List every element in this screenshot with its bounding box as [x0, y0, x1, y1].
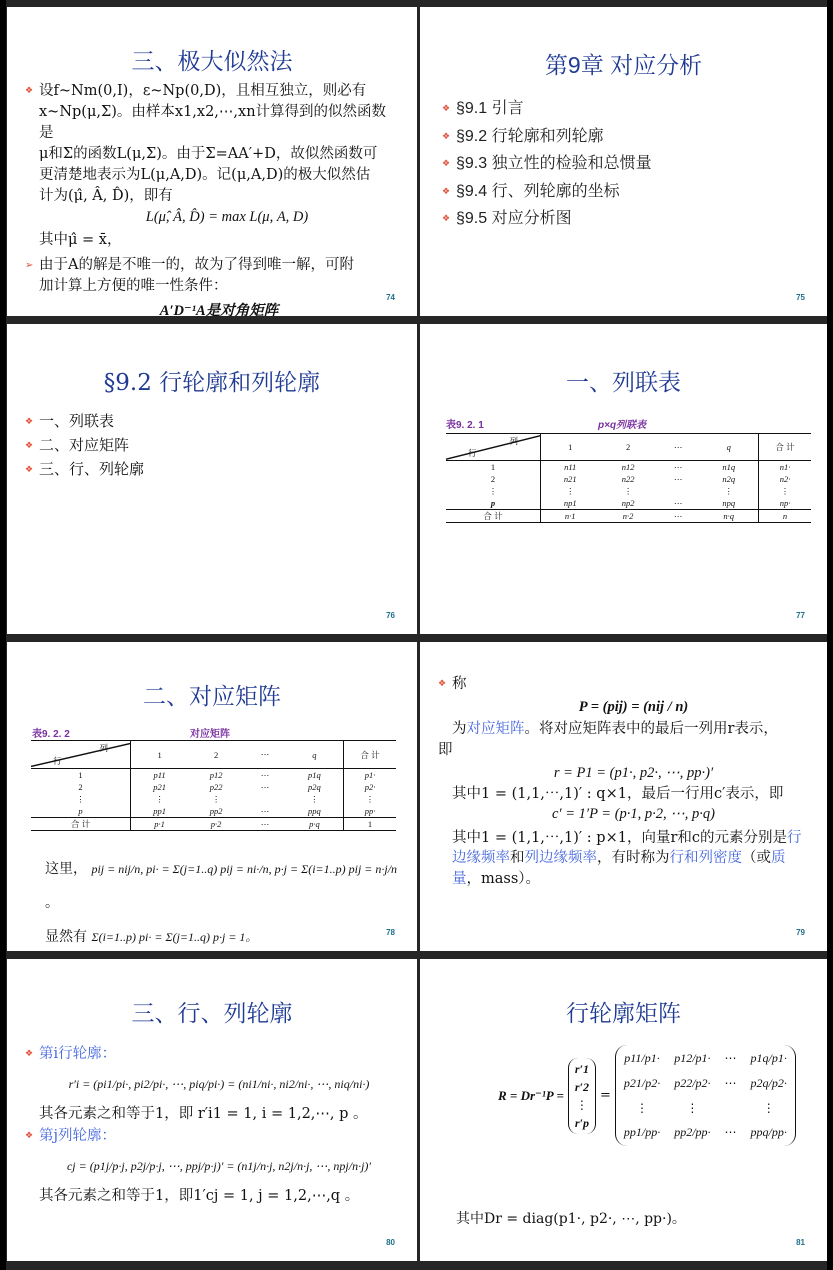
cell: npq — [699, 497, 758, 510]
bullet-paragraph: ❖设f~Nm(0,I)，ε~Np(0,D)，且相互独立，则必有 — [25, 81, 399, 102]
slide-body: 这里， pij = nij/n, pi· = Σ(j=1..q) pij = n… — [45, 852, 399, 951]
matrix-entry: p2q/p2· — [751, 1076, 787, 1091]
matrix-entry: ⋯ — [725, 1051, 737, 1066]
arrow-bullet-icon: ➢ — [25, 255, 39, 276]
cell: n1q — [699, 461, 758, 474]
text-line: 由于A的解是不唯一的，故为了得到唯一解，可附 — [39, 257, 354, 273]
text-line: 即 — [438, 740, 809, 761]
col-header: 1 — [541, 434, 600, 461]
cell-grand-total: n — [759, 510, 812, 523]
row-label: p — [31, 805, 131, 818]
cell: ⋯ — [244, 818, 286, 831]
row-label: 2 — [446, 473, 541, 485]
cell: ⋯ — [657, 473, 700, 485]
obvious-line: 显然有 Σ(i=1..p) pi· = Σ(j=1..q) p·j = 1。 — [45, 920, 399, 951]
formula-lhs: R = Dr⁻¹P = — [498, 1088, 564, 1104]
cell: n12 — [599, 461, 656, 474]
section-item-label: 二、对应矩阵 — [39, 436, 129, 454]
cell: p·1 — [131, 818, 189, 831]
text-label: 第i行轮廓： — [39, 1046, 116, 1062]
cell: n2q — [699, 473, 758, 485]
slide-grid: 三、极大似然法 ❖设f~Nm(0,I)，ε~Np(0,D)，且相互独立，则必有 … — [6, 0, 827, 1270]
col-header-total: 合 计 — [344, 741, 397, 769]
where-line: 其中Dr = diag(p1·, p2·, ⋯, pp·)。 — [456, 1209, 809, 1230]
row-label-total: 合 计 — [31, 818, 131, 831]
contingency-table: 列 行 1 2 ⋯ q 合 计 1 n11 n12 ⋯ n1q n1· 2 n2… — [446, 433, 811, 523]
text-punct: 。 — [45, 895, 59, 911]
text-paragraph: 其中1 = (1,1,⋯,1)′ : p×1，向量r和c的元素分别是行边缘频率和… — [438, 828, 809, 890]
cell: ⋯ — [244, 769, 286, 782]
slide-77[interactable]: 一、列联表 表9. 2. 1 p×q列联表 列 行 1 2 ⋯ q 合 计 1 … — [420, 324, 827, 634]
cell: p12 — [188, 769, 244, 782]
cell: np1 — [541, 497, 600, 510]
text-span: 其中1 = (1,1,⋯,1)′ : p×1，向量r和c的元素分别是 — [452, 830, 787, 846]
formula-likelihood: L(μ̂, Â, D̂) = max L(μ, A, D) — [25, 207, 399, 228]
toc-item-9-1[interactable]: ❖§9.1 引言 — [442, 95, 809, 123]
toc-list: ❖§9.1 引言 ❖§9.2 行轮廓和列轮廓 ❖§9.3 独立性的检验和总惯量 … — [442, 95, 809, 233]
text-line: 设f~Nm(0,I)，ε~Np(0,D)，且相互独立，则必有 — [39, 83, 366, 99]
cell-total: np· — [759, 497, 812, 510]
table-total-row: 合 计 p·1 p·2 ⋯ p·q 1 — [31, 818, 396, 831]
toc-item-9-4[interactable]: ❖§9.4 行、列轮廓的坐标 — [442, 178, 809, 206]
toc-item-9-2[interactable]: ❖§9.2 行轮廓和列轮廓 — [442, 123, 809, 151]
corner-row-label: 行 — [53, 755, 62, 767]
text-line: 称 — [452, 676, 467, 692]
page-number: 77 — [796, 611, 805, 620]
table-title: 对应矩阵 — [190, 725, 230, 740]
page-number: 81 — [796, 1238, 805, 1247]
cell: p·2 — [188, 818, 244, 831]
text-span: （或 — [742, 850, 771, 866]
cell-grand-total: 1 — [344, 818, 397, 831]
table-total-row: 合 计 n·1 n·2 ⋯ n·q n — [446, 510, 811, 523]
cell-total: n2· — [759, 473, 812, 485]
cell — [244, 793, 286, 805]
section-list: ❖一、列联表 ❖二、对应矩阵 ❖三、行、列轮廓 — [25, 410, 399, 482]
toc-item-label: §9.5 对应分析图 — [456, 210, 572, 227]
matrix-entry: ⋯ — [725, 1125, 737, 1140]
text-line: 计为(μ̂, Â, D̂)，即有 — [25, 186, 399, 207]
term-correspondence-matrix: 对应矩阵 — [467, 721, 525, 737]
formula-r: r = P1 = (p1·, p2·, ⋯, pp·)′ — [458, 763, 809, 784]
table-row: 2 p21 p22 ⋯ p2q p2· — [31, 781, 396, 793]
toc-item-label: §9.3 独立性的检验和总惯量 — [456, 155, 652, 172]
matrix-entry: ⋮ — [674, 1101, 710, 1115]
text-span: ，mass）。 — [467, 871, 541, 887]
cell: n21 — [541, 473, 600, 485]
text-line: 其中1 = (1,1,⋯,1)′ : q×1，最后一行用c′表示，即 — [438, 784, 809, 805]
cell: p·q — [286, 818, 344, 831]
cell: ⋯ — [244, 805, 286, 818]
text-line: x~Np(μ,Σ)。由样本x1,x2,⋯,xn计算得到的似然函数是 — [25, 102, 399, 144]
diamond-bullet-icon: ❖ — [438, 674, 452, 695]
cell: ⋯ — [244, 781, 286, 793]
slide-81[interactable]: 行轮廓矩阵 R = Dr⁻¹P = r′1 r′2 ⋮ r′p = p11/p1… — [420, 959, 827, 1261]
here-line: 这里， pij = nij/n, pi· = Σ(j=1..q) pij = n… — [45, 852, 399, 920]
row-label: p — [446, 497, 541, 510]
cell: ⋯ — [657, 461, 700, 474]
table-row: 2 n21 n22 ⋯ n2q n2· — [446, 473, 811, 485]
toc-item-9-5[interactable]: ❖§9.5 对应分析图 — [442, 205, 809, 233]
text-line: 为对应矩阵。将对应矩阵表中的最后一列用r表示， — [438, 719, 809, 740]
cell: ⋮ — [541, 485, 600, 497]
slide-title: 第9章 对应分析 — [420, 47, 827, 80]
page-number: 78 — [386, 928, 395, 937]
row-label: ⋮ — [31, 793, 131, 805]
profile-matrix: p11/p1· p12/p1· ⋯ p1q/p1· p21/p2· p22/p2… — [615, 1045, 796, 1146]
cell-total: ⋮ — [759, 485, 812, 497]
cell: p11 — [131, 769, 189, 782]
row-profile-matrix-equation: R = Dr⁻¹P = r′1 r′2 ⋮ r′p = p11/p1· p12/… — [498, 1045, 796, 1146]
vector-entry: r′p — [575, 1114, 589, 1132]
cell: n·1 — [541, 510, 600, 523]
formula-P: P = (pij) = (nij / n) — [458, 697, 809, 718]
matrix-entry: ⋯ — [725, 1076, 737, 1091]
cell: p22 — [188, 781, 244, 793]
diamond-bullet-icon: ❖ — [25, 411, 39, 434]
formula-sum-one: Σ(i=1..p) pi· = Σ(j=1..q) p·j = 1。 — [91, 930, 257, 944]
cell-total: p1· — [344, 769, 397, 782]
matrix-entry: ⋮ — [751, 1101, 787, 1115]
bullet-paragraph: ❖称 — [438, 674, 809, 695]
cell: n11 — [541, 461, 600, 474]
page-number: 80 — [386, 1238, 395, 1247]
text-label: 显然有 — [45, 929, 87, 945]
toc-item-9-3[interactable]: ❖§9.3 独立性的检验和总惯量 — [442, 150, 809, 178]
text-line: 加计算上方便的唯一性条件： — [25, 276, 399, 297]
cell: p21 — [131, 781, 189, 793]
text-label: 这里， — [45, 861, 87, 877]
page-number: 79 — [796, 928, 805, 937]
toc-item-label: §9.1 引言 — [456, 100, 524, 117]
corner-col-label: 列 — [99, 742, 108, 754]
diamond-bullet-icon: ❖ — [25, 435, 39, 458]
diamond-bullet-icon: ❖ — [442, 205, 456, 232]
cell-total: pp· — [344, 805, 397, 818]
cell: ⋮ — [599, 485, 656, 497]
slide-body: ❖设f~Nm(0,I)，ε~Np(0,D)，且相互独立，则必有 x~Np(μ,Σ… — [25, 81, 399, 316]
formula-marginals: pij = nij/n, pi· = Σ(j=1..q) pij = ni·/n… — [91, 862, 397, 876]
page-number: 74 — [386, 293, 395, 302]
slide-78[interactable]: 二、对应矩阵 表9. 2. 2 对应矩阵 列 行 1 2 ⋯ q 合 计 1 p… — [7, 642, 417, 951]
row-label: 1 — [31, 769, 131, 782]
page-number: 76 — [386, 611, 395, 620]
col-header: q — [286, 741, 344, 769]
formula-row-profile: r′i = (pi1/pi·, pi2/pi·, ⋯, piq/pi·) = (… — [39, 1073, 399, 1095]
row-label: 1 — [446, 461, 541, 474]
profile-vector: r′1 r′2 ⋮ r′p — [568, 1058, 596, 1134]
slide-79[interactable]: ❖称 P = (pij) = (nij / n) 为对应矩阵。将对应矩阵表中的最… — [420, 642, 827, 951]
slide-title: 三、行、列轮廓 — [7, 995, 417, 1028]
diamond-bullet-icon: ❖ — [442, 150, 456, 177]
section-item-profiles[interactable]: ❖三、行、列轮廓 — [25, 458, 399, 482]
matrix-entry: pp2/pp· — [674, 1125, 710, 1140]
col-header: ⋯ — [657, 434, 700, 461]
cell-total: ⋮ — [344, 793, 397, 805]
cell: n·2 — [599, 510, 656, 523]
formula-diagonal: A′D⁻¹A是对角矩阵 — [25, 301, 399, 316]
row-label-total: 合 计 — [446, 510, 541, 523]
matrix-entry: ⋮ — [624, 1101, 660, 1115]
diamond-bullet-icon: ❖ — [25, 81, 39, 102]
diamond-bullet-icon: ❖ — [442, 178, 456, 205]
col-header: 2 — [188, 741, 244, 769]
matrix-entry — [725, 1101, 737, 1115]
toc-item-label: §9.2 行轮廓和列轮廓 — [456, 128, 604, 145]
vector-entry: r′1 — [575, 1060, 589, 1078]
table-label: 表9. 2. 2 — [32, 725, 70, 740]
row-label: 2 — [31, 781, 131, 793]
diamond-bullet-icon: ❖ — [442, 123, 456, 150]
row-label: ⋮ — [446, 485, 541, 497]
section-item-label: 一、列联表 — [39, 412, 114, 430]
term-col-marginal: 列边缘频率 — [525, 850, 598, 866]
table-row: ⋮ ⋮ ⋮ ⋮ ⋮ — [446, 485, 811, 497]
cell: ⋮ — [699, 485, 758, 497]
corner-col-label: 列 — [509, 435, 518, 447]
cell: p1q — [286, 769, 344, 782]
arrow-paragraph: ➢由于A的解是不唯一的，故为了得到唯一解，可附 — [25, 255, 399, 276]
matrix-entry: p1q/p1· — [751, 1051, 787, 1066]
text-span: ，有时称为 — [597, 850, 670, 866]
slide-body: ❖第i行轮廓： r′i = (pi1/pi·, pi2/pi·, ⋯, piq/… — [25, 1043, 399, 1207]
row-profile-heading: ❖第i行轮廓： — [25, 1043, 399, 1065]
text-label: 第j列轮廓： — [39, 1128, 116, 1144]
corner-cell: 列 行 — [31, 741, 131, 769]
text-line: 更清楚地表示为L(μ,A,D)。记(μ,A,D)的极大似然估 — [25, 165, 399, 186]
diamond-bullet-icon: ❖ — [25, 1043, 39, 1065]
col-header: 1 — [131, 741, 189, 769]
vector-entry: r′2 — [575, 1078, 589, 1096]
section-item-label: 三、行、列轮廓 — [39, 460, 144, 478]
slide-80[interactable]: 三、行、列轮廓 ❖第i行轮廓： r′i = (pi1/pi·, pi2/pi·,… — [7, 959, 417, 1261]
table-row: 1 p11 p12 ⋯ p1q p1· — [31, 769, 396, 782]
cell — [657, 485, 700, 497]
text-line: 其中μ̂ = x̄， — [25, 230, 399, 251]
matrix-entry: p12/p1· — [674, 1051, 710, 1066]
slide-title: 二、对应矩阵 — [7, 678, 417, 711]
diamond-bullet-icon: ❖ — [25, 459, 39, 482]
slide-body: ❖称 P = (pij) = (nij / n) 为对应矩阵。将对应矩阵表中的最… — [438, 674, 809, 889]
slide-title: 三、极大似然法 — [7, 43, 417, 76]
cell: n·q — [699, 510, 758, 523]
cell: ppq — [286, 805, 344, 818]
formula-col-profile: cj = (p1j/p·j, p2j/p·j, ⋯, ppj/p·j)′ = (… — [39, 1155, 399, 1177]
page-number: 75 — [796, 293, 805, 302]
matrix-entry: p22/p2· — [674, 1076, 710, 1091]
cell: ⋯ — [657, 510, 700, 523]
matrix-entry: p21/p2· — [624, 1076, 660, 1091]
table-title: p×q列联表 — [598, 416, 646, 431]
slide-75[interactable]: 第9章 对应分析 ❖§9.1 引言 ❖§9.2 行轮廓和列轮廓 ❖§9.3 独立… — [420, 7, 827, 316]
section-item-contingency-table[interactable]: ❖一、列联表 — [25, 410, 399, 434]
col-header: ⋯ — [244, 741, 286, 769]
formula-c: c′ = 1′P = (p·1, p·2, ⋯, p·q) — [458, 804, 809, 825]
text-span: 和 — [510, 850, 525, 866]
correspondence-table: 列 行 1 2 ⋯ q 合 计 1 p11 p12 ⋯ p1q p1· 2 p2… — [31, 740, 396, 831]
table-row: p np1 np2 ⋯ npq np· — [446, 497, 811, 510]
cell: np2 — [599, 497, 656, 510]
text-span: 为 — [452, 721, 467, 737]
slide-74[interactable]: 三、极大似然法 ❖设f~Nm(0,I)，ε~Np(0,D)，且相互独立，则必有 … — [7, 7, 417, 316]
cell: pp1 — [131, 805, 189, 818]
section-item-correspondence-matrix[interactable]: ❖二、对应矩阵 — [25, 434, 399, 458]
cell: pp2 — [188, 805, 244, 818]
slide-title: §9.2 行轮廓和列轮廓 — [7, 364, 417, 397]
cell-total: n1· — [759, 461, 812, 474]
table-label: 表9. 2. 1 — [446, 416, 484, 431]
equals-sign: = — [600, 1088, 611, 1103]
corner-cell: 列 行 — [446, 434, 541, 461]
matrix-entry: ppq/pp· — [751, 1125, 787, 1140]
cell: p2q — [286, 781, 344, 793]
text-span: 。将对应矩阵表中的最后一列用r表示， — [525, 721, 778, 737]
col-profile-heading: ❖第j列轮廓： — [25, 1125, 399, 1147]
slide-title: 行轮廓矩阵 — [420, 995, 827, 1028]
slide-title: 一、列联表 — [420, 364, 827, 397]
cell: ⋮ — [286, 793, 344, 805]
col-header-total: 合 计 — [759, 434, 812, 461]
cell: ⋮ — [131, 793, 189, 805]
table-row: p pp1 pp2 ⋯ ppq pp· — [31, 805, 396, 818]
diamond-bullet-icon: ❖ — [25, 1125, 39, 1147]
text-line: 其各元素之和等于1，即1′cj = 1, j = 1,2,⋯,q 。 — [25, 1185, 399, 1207]
matrix-entry: p11/p1· — [624, 1051, 660, 1066]
diamond-bullet-icon: ❖ — [442, 95, 456, 122]
corner-row-label: 行 — [468, 447, 477, 459]
text-line: μ和Σ的函数L(μ,Σ)。由于Σ=AA′+D，故似然函数可 — [25, 144, 399, 165]
slide-76[interactable]: §9.2 行轮廓和列轮廓 ❖一、列联表 ❖二、对应矩阵 ❖三、行、列轮廓 76 — [7, 324, 417, 634]
toc-item-label: §9.4 行、列轮廓的坐标 — [456, 183, 620, 200]
cell: ⋮ — [188, 793, 244, 805]
cell: ⋯ — [657, 497, 700, 510]
vector-entry: ⋮ — [576, 1096, 588, 1114]
matrix-entry: pp1/pp· — [624, 1125, 660, 1140]
term-density: 行和列密度 — [670, 850, 743, 866]
cell-total: p2· — [344, 781, 397, 793]
table-row: 1 n11 n12 ⋯ n1q n1· — [446, 461, 811, 474]
col-header: q — [699, 434, 758, 461]
cell: n22 — [599, 473, 656, 485]
text-line: 其各元素之和等于1，即 r′i1 = 1, i = 1,2,⋯, p 。 — [25, 1103, 399, 1125]
table-row: ⋮ ⋮ ⋮ ⋮ ⋮ — [31, 793, 396, 805]
col-header: 2 — [599, 434, 656, 461]
